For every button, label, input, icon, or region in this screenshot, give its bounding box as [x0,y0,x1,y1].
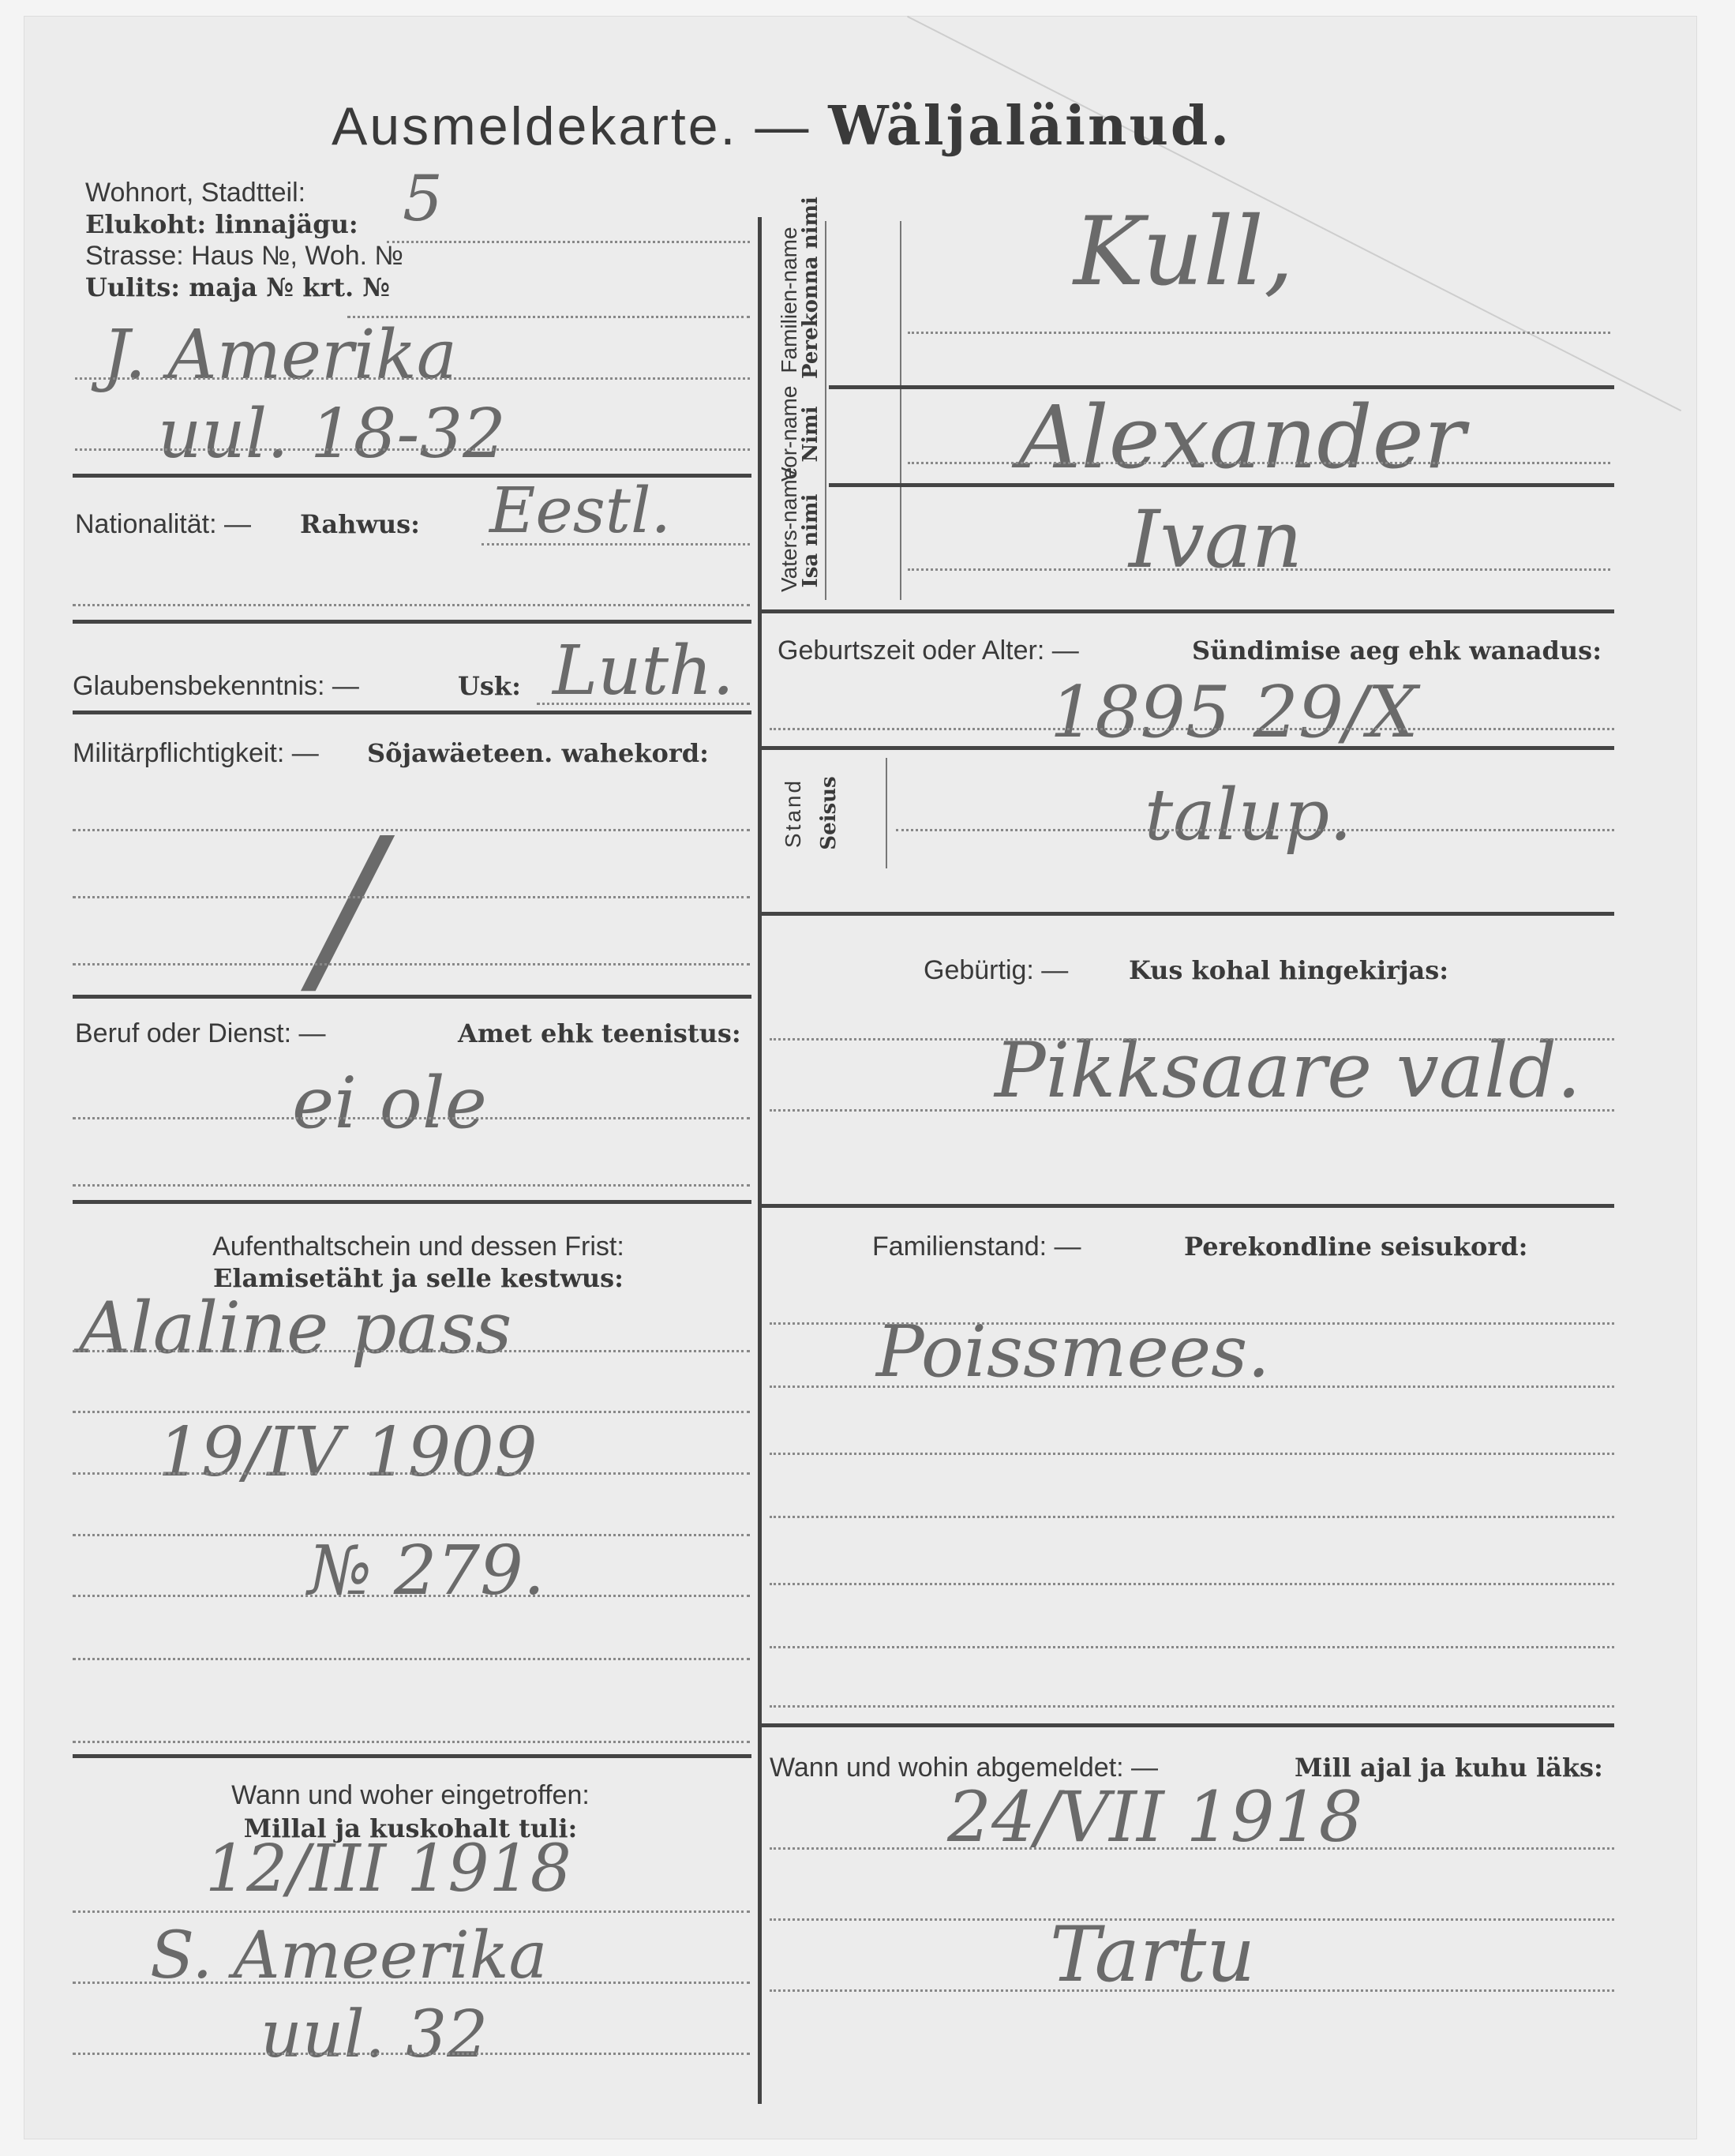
nationality-value: Eestl. [489,474,671,547]
section-rule [73,711,751,714]
patronymic-label: Vaters-name Isa nimi [778,489,823,592]
patronymic-value: Ivan [1129,493,1302,586]
status-value: talup. [1145,774,1352,857]
dotted-line [482,543,750,546]
dotted-line [73,604,750,606]
section-rule [762,1723,1614,1727]
street-label-de: Strasse: Haus №, Woh. № [85,241,403,272]
label-column-divider [900,221,901,600]
section-rule [73,1754,751,1758]
religion-value: Luth. [553,632,734,711]
dotted-line [73,963,750,966]
dotted-line [908,462,1610,464]
residence-label-de: Wohnort, Stadtteil: [85,178,305,208]
title-german: Ausmeldekarte. [332,96,737,156]
dotted-line [73,1982,750,1984]
card-title: Ausmeldekarte. — Wäljaläinud. [332,95,1231,158]
dotted-line [73,1350,750,1352]
occupation-label-et: Amet ehk teenistus: [458,1018,741,1048]
permit-value-line3: № 279. [308,1532,545,1610]
dotted-line [770,1516,1614,1518]
surname-label-et: Perekonna nimi [800,221,822,379]
birthplace-label-et: Kus kohal hingekirjas: [1129,955,1448,985]
dotted-line [75,448,750,451]
surname-value: Kull, [1074,197,1294,307]
patronymic-label-de: Vaters-name [778,489,800,592]
section-rule [762,912,1614,916]
dotted-line [770,1453,1614,1455]
nationality-label-de: Nationalität: — [75,509,251,540]
dotted-line [75,377,750,380]
status-label: Stand Seisus [781,766,841,861]
dotted-line [73,1411,750,1413]
surname-label-de: Familien-name [778,221,800,379]
dotted-line [770,1705,1614,1708]
street-value-line2: uul. 18-32 [158,395,506,474]
arrived-label-de: Wann und woher eingetroffen: [118,1780,703,1811]
label-column-divider [886,758,887,868]
dotted-line [73,1472,750,1475]
occupation-label-de: Beruf oder Dienst: — [75,1018,325,1049]
center-divider [758,217,762,2104]
section-rule [829,483,1614,487]
residence-label-et: Elukoht: linnajägu: [85,209,358,239]
dotted-line [896,829,1614,831]
dotted-line [73,829,750,831]
nationality-label-et: Rahwus: [300,509,420,539]
title-separator: — [755,96,811,156]
dotted-line [73,1595,750,1597]
section-rule [73,995,751,999]
permit-label-de: Aufenthaltschein und dessen Frist: [126,1232,710,1262]
dotted-line [770,728,1614,730]
status-label-de: Stand [781,766,804,861]
section-rule [762,609,1614,613]
street-label-et: Uulits: maja № krt. № [85,272,390,302]
dotted-line [73,1184,750,1187]
dotted-line [770,1385,1614,1388]
dotted-line [908,332,1610,334]
religion-label-et: Usk: [458,671,521,701]
patronymic-label-et: Isa nimi [800,489,822,592]
first-name-value: Alexander [1018,387,1465,488]
birth-label-de: Geburtszeit oder Alter: — [778,636,1079,666]
section-rule [73,1200,751,1204]
dotted-line [770,1038,1614,1041]
dotted-line [73,896,750,898]
residence-value: 5 [403,162,443,235]
birthplace-label-de: Gebürtig: — [924,955,1068,986]
permit-value-line1: Alaline pass [79,1287,512,1370]
permit-value-line2: 19/IV 1909 [158,1413,538,1492]
section-rule [762,746,1614,750]
title-estonian: Wäljaläinud. [828,95,1231,158]
dotted-line [770,1847,1614,1850]
military-label-de: Militärpflichtigkeit: — [73,738,319,769]
dotted-line [73,2053,750,2055]
section-rule [762,1204,1614,1208]
dotted-line [73,1117,750,1119]
military-label-et: Sõjawäeteen. wahekord: [367,738,709,768]
dotted-line [770,1109,1614,1112]
dotted-line [387,241,750,243]
marital-label-de: Familienstand: — [872,1232,1081,1262]
dotted-line [770,1989,1614,1992]
street-value-line1: J. Amerika [103,316,457,395]
dotted-line [770,1322,1614,1325]
dotted-line [537,703,750,705]
marital-label-et: Perekondline seisukord: [1184,1232,1527,1262]
birth-label-et: Sündimise aeg ehk wanadus: [1192,636,1602,666]
dotted-line [770,1583,1614,1585]
occupation-value: ei ole [292,1062,487,1145]
dotted-line [73,1534,750,1536]
dotted-line [73,1658,750,1660]
dotted-line [73,1741,750,1743]
arrived-value-line1: 12/III 1918 [205,1832,571,1907]
first-name-label-et: Nimi [800,387,822,482]
departed-value-line1: 24/VII 1918 [947,1776,1363,1858]
surname-label: Familien-name Perekonna nimi [778,221,823,379]
status-label-et: Seisus [819,766,840,861]
arrived-value-line3: uul. 32 [260,1997,488,2072]
departed-value-line2: Tartu [1050,1910,1255,1999]
label-column-divider [825,221,826,600]
section-rule [73,620,751,624]
religion-label-de: Glaubensbekenntnis: — [73,671,359,702]
dotted-line [770,1646,1614,1648]
dotted-line [73,1910,750,1913]
birth-value: 1895 29/X [1050,671,1418,754]
dotted-line [908,568,1610,571]
